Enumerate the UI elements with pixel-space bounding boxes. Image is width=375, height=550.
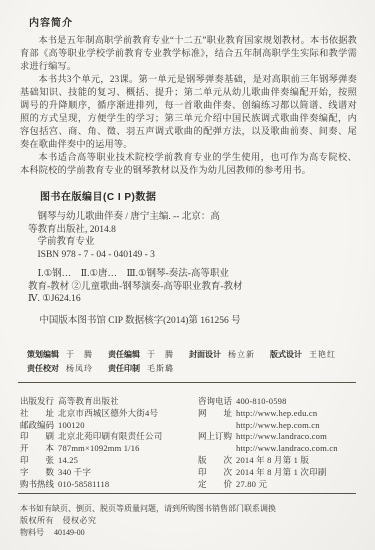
intro-paragraph-3: 本书适合高等职业技术院校学前教育专业的学生使用，也可作为高专院校、本科院校的学前… [20, 151, 357, 177]
footer-section: 本书如有缺页、倒页、脱页等质量问题，请到所购图书销售部门联系调换 版权所有 侵权… [20, 503, 357, 539]
info-row-consult-phone: 咨询电话400-810-0598 [198, 396, 357, 408]
cip-class-line-1: Ⅰ.①钢… Ⅱ.①唐… Ⅲ.①钢琴-奏法-高等职业 [28, 268, 357, 281]
info-row-wordcount: 字 数340 千字 [20, 467, 198, 479]
divider-bottom [18, 493, 356, 494]
credit-print-supervisor: 责任印制毛斯璐 [108, 364, 174, 373]
cip-class-line-2: 教育-教材 ②儿童歌曲-钢琴演奏-高等职业教育-教材 [28, 281, 357, 294]
cip-isbn-line: ISBN 978 - 7 - 04 - 040149 - 3 [28, 249, 357, 262]
intro-section: 内容简介 本书是五年制高职学前教育专业“十二五”职业教育国家规划教材。本书依据教… [20, 14, 357, 177]
intro-paragraph-1: 本书是五年制高职学前教育专业“十二五”职业教育国家规划教材。本书依据教育部《高等… [20, 34, 357, 73]
credit-responsible-editor: 责任编辑于 腾 [108, 350, 174, 359]
info-row-postcode: 邮政编码100120 [20, 420, 198, 432]
info-row-online-order-1: 网上订购http://www.landraco.com [198, 431, 357, 443]
material-number-label: 物料号 [20, 528, 44, 537]
info-row-website-2: http://www.hep.com.cn [198, 420, 357, 432]
credits-row-1: 策划编辑于 腾 责任编辑于 腾 封面设计杨立新 版式设计王艳红 [27, 348, 357, 362]
cip-section: 图书在版编目(C I P)数据 钢琴与幼儿歌曲伴奏 / 唐宁主编. -- 北京：… [28, 188, 357, 327]
credits-section: 策划编辑于 腾 责任编辑于 腾 封面设计杨立新 版式设计王艳红 责任校对杨凤玲 … [27, 348, 357, 376]
info-row-edition: 版 次2014 年 8 月第 1 版 [198, 455, 357, 467]
material-number-value: 40149-00 [54, 528, 85, 537]
cip-title-line: 钢琴与幼儿歌曲伴奏 / 唐宁主编. -- 北京：高 [28, 211, 357, 224]
intro-paragraph-2: 本书共3个单元，23课。第一单元是钢琴弹奏基础，是对高职前三年钢琴弹奏基础知识、… [20, 73, 357, 151]
info-row-impression: 印 次2014 年 8 月第 1 次印刷 [198, 467, 357, 479]
credit-cover-designer: 封面设计杨立新 [189, 350, 255, 359]
cip-class-line-3: Ⅳ. ①J624.16 [28, 293, 357, 306]
copyright-page-scan: 内容简介 本书是五年制高职学前教育专业“十二五”职业教育国家规划教材。本书依据教… [0, 0, 375, 550]
info-row-sheets: 印 张14.25 [20, 455, 198, 467]
info-row-order-hotline: 购书热线010-58581118 [20, 479, 198, 491]
material-number: 物料号40149-00 [20, 527, 357, 539]
info-row-publisher: 出版发行高等教育出版社 [20, 396, 198, 408]
info-row-online-order-2: http://www.landraco.com.cn [198, 443, 357, 455]
publication-left-column: 出版发行高等教育出版社 社 址北京市西城区德外大街4号 邮政编码100120 印… [20, 396, 198, 490]
intro-heading: 内容简介 [29, 14, 357, 29]
cip-series-line: 学前教育专业 [28, 236, 357, 249]
credits-row-2: 责任校对杨凤玲 责任印制毛斯璐 [27, 362, 357, 376]
cip-publisher-line: 等教育出版社, 2014.8 [28, 224, 357, 237]
info-row-website-1: 网 址http://www.hep.edu.cn [198, 408, 357, 420]
divider-top [18, 382, 356, 383]
info-row-format: 开 本787mm×1092mm 1/16 [20, 443, 198, 455]
info-row-address: 社 址北京市西城区德外大街4号 [20, 408, 198, 420]
credit-planning-editor: 策划编辑于 腾 [27, 350, 93, 359]
info-row-price: 定 价27.80 元 [198, 479, 357, 491]
copyright-notice: 版权所有 侵权必究 [20, 515, 357, 527]
cip-classification: Ⅰ.①钢… Ⅱ.①唐… Ⅲ.①钢琴-奏法-高等职业 教育-教材 ②儿童歌曲-钢琴… [28, 268, 357, 306]
publication-right-column: 咨询电话400-810-0598 网 址http://www.hep.edu.c… [198, 396, 357, 490]
credit-proofreader: 责任校对杨凤玲 [27, 364, 93, 373]
info-row-printer: 印 刷北京北苑印刷有限责任公司 [20, 431, 198, 443]
credit-layout-designer: 版式设计王艳红 [270, 350, 336, 359]
cip-heading: 图书在版编目(C I P)数据 [40, 188, 357, 203]
quality-notice: 本书如有缺页、倒页、脱页等质量问题，请到所购图书销售部门联系调换 [20, 503, 357, 515]
cip-record-number: 中国版本图书馆 CIP 数据核字(2014)第 161256 号 [28, 315, 357, 328]
publication-info: 出版发行高等教育出版社 社 址北京市西城区德外大街4号 邮政编码100120 印… [20, 396, 357, 490]
